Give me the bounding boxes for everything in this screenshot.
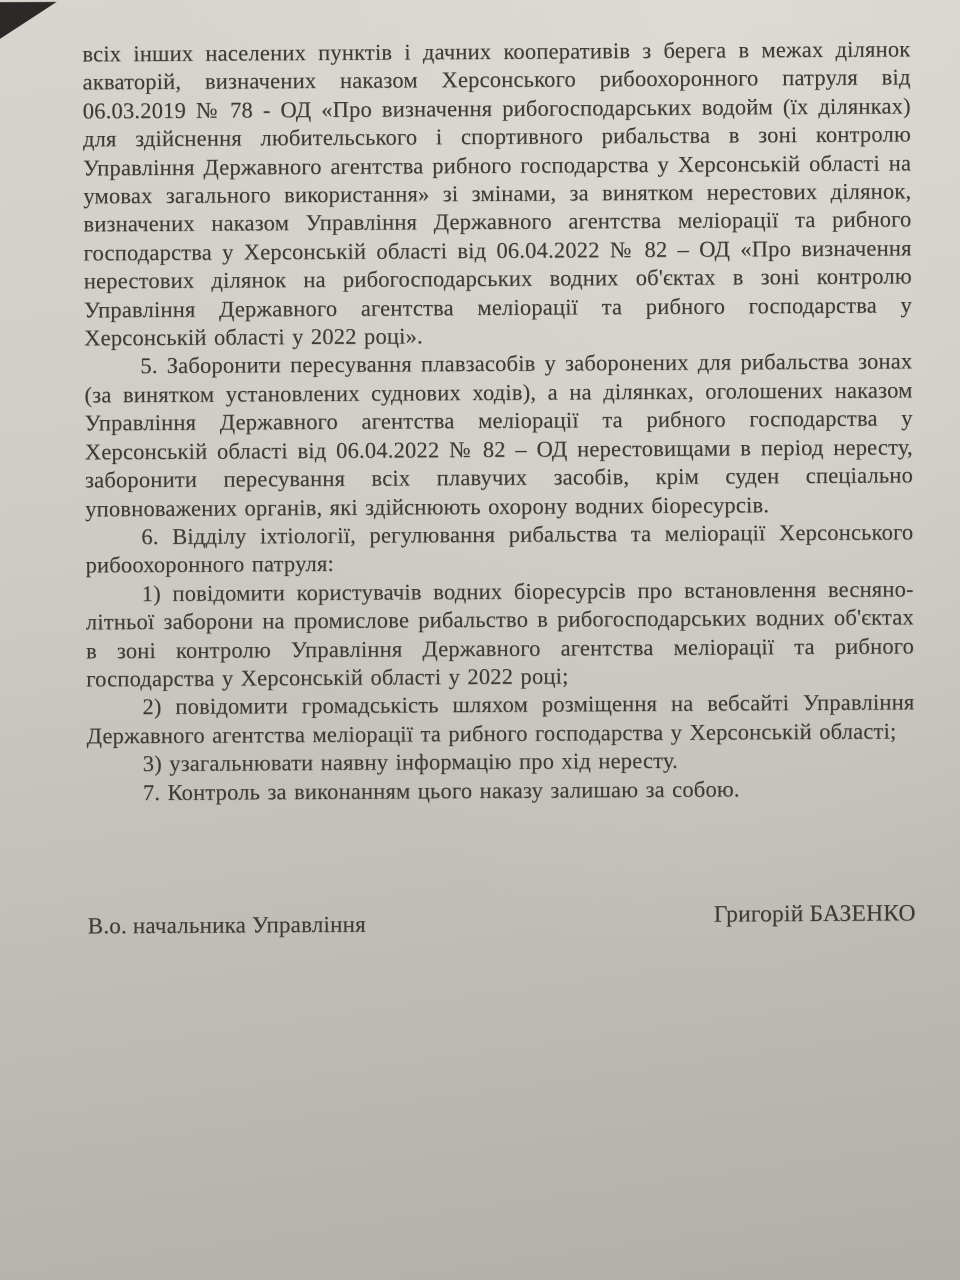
document-paragraph: 5. Заборонити пересування плавзасобів у …: [84, 348, 913, 523]
signatory-position: В.о. начальника Управління: [88, 904, 366, 940]
document-paragraph: 1) повідомити користувачів водних біорес…: [86, 575, 915, 694]
signatory-name: Григорій БАЗЕНКО: [714, 900, 916, 928]
photographed-document: { "page": { "paper_top_color": "#d7d5ce"…: [0, 0, 960, 1280]
scan-corner-artifact: [0, 2, 57, 42]
document-paragraph: всіх інших населених пунктів і дачних ко…: [82, 35, 912, 353]
document-paragraph: 6. Відділу іхтіології, регулювання рибал…: [85, 518, 913, 580]
scanned-page-sheet: всіх інших населених пунктів і дачних ко…: [0, 0, 960, 1280]
signature-row: В.о. начальника Управління Григорій БАЗЕ…: [88, 900, 916, 939]
document-paragraph: 2) повідомити громадськість шляхом розмі…: [86, 689, 914, 751]
document-body: всіх інших населених пунктів і дачних ко…: [82, 35, 915, 807]
document-paragraph: 7. Контроль за виконанням цього наказу з…: [87, 774, 915, 807]
